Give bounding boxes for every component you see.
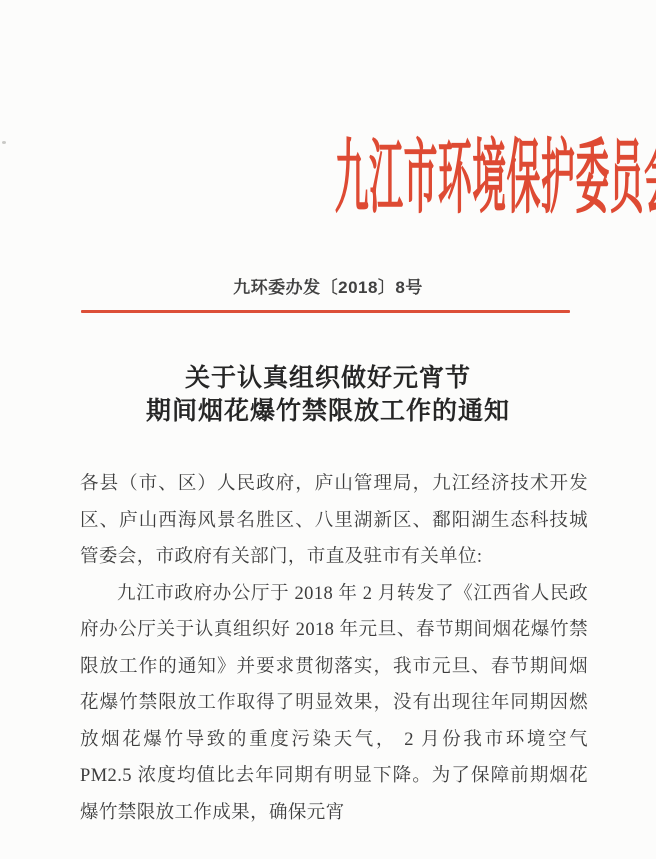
- red-divider-line: [81, 310, 570, 313]
- document-title: 关于认真组织做好元宵节 期间烟花爆竹禁限放工作的通知: [0, 362, 656, 428]
- document-body: 各县（市、区）人民政府，庐山管理局，九江经济技术开发区、庐山西海风景名胜区、八里…: [80, 466, 588, 831]
- body-paragraph-1: 九江市政府办公厅于 2018 年 2 月转发了《江西省人民政府办公厅关于认真组织…: [80, 576, 588, 832]
- addressees-paragraph: 各县（市、区）人民政府，庐山管理局，九江经济技术开发区、庐山西海风景名胜区、八里…: [80, 466, 588, 576]
- document-title-line2: 期间烟花爆竹禁限放工作的通知: [0, 395, 656, 428]
- masthead-org-title: 九江市环境保护委员会办公室文件: [335, 138, 656, 219]
- document-masthead: 九江市环境保护委员会办公室文件: [0, 138, 656, 216]
- document-title-line1: 关于认真组织做好元宵节: [0, 362, 656, 395]
- scanned-document-page: 九江市环境保护委员会办公室文件 九环委办发〔2018〕8号 关于认真组织做好元宵…: [0, 0, 656, 859]
- document-reference-number: 九环委办发〔2018〕8号: [0, 273, 656, 298]
